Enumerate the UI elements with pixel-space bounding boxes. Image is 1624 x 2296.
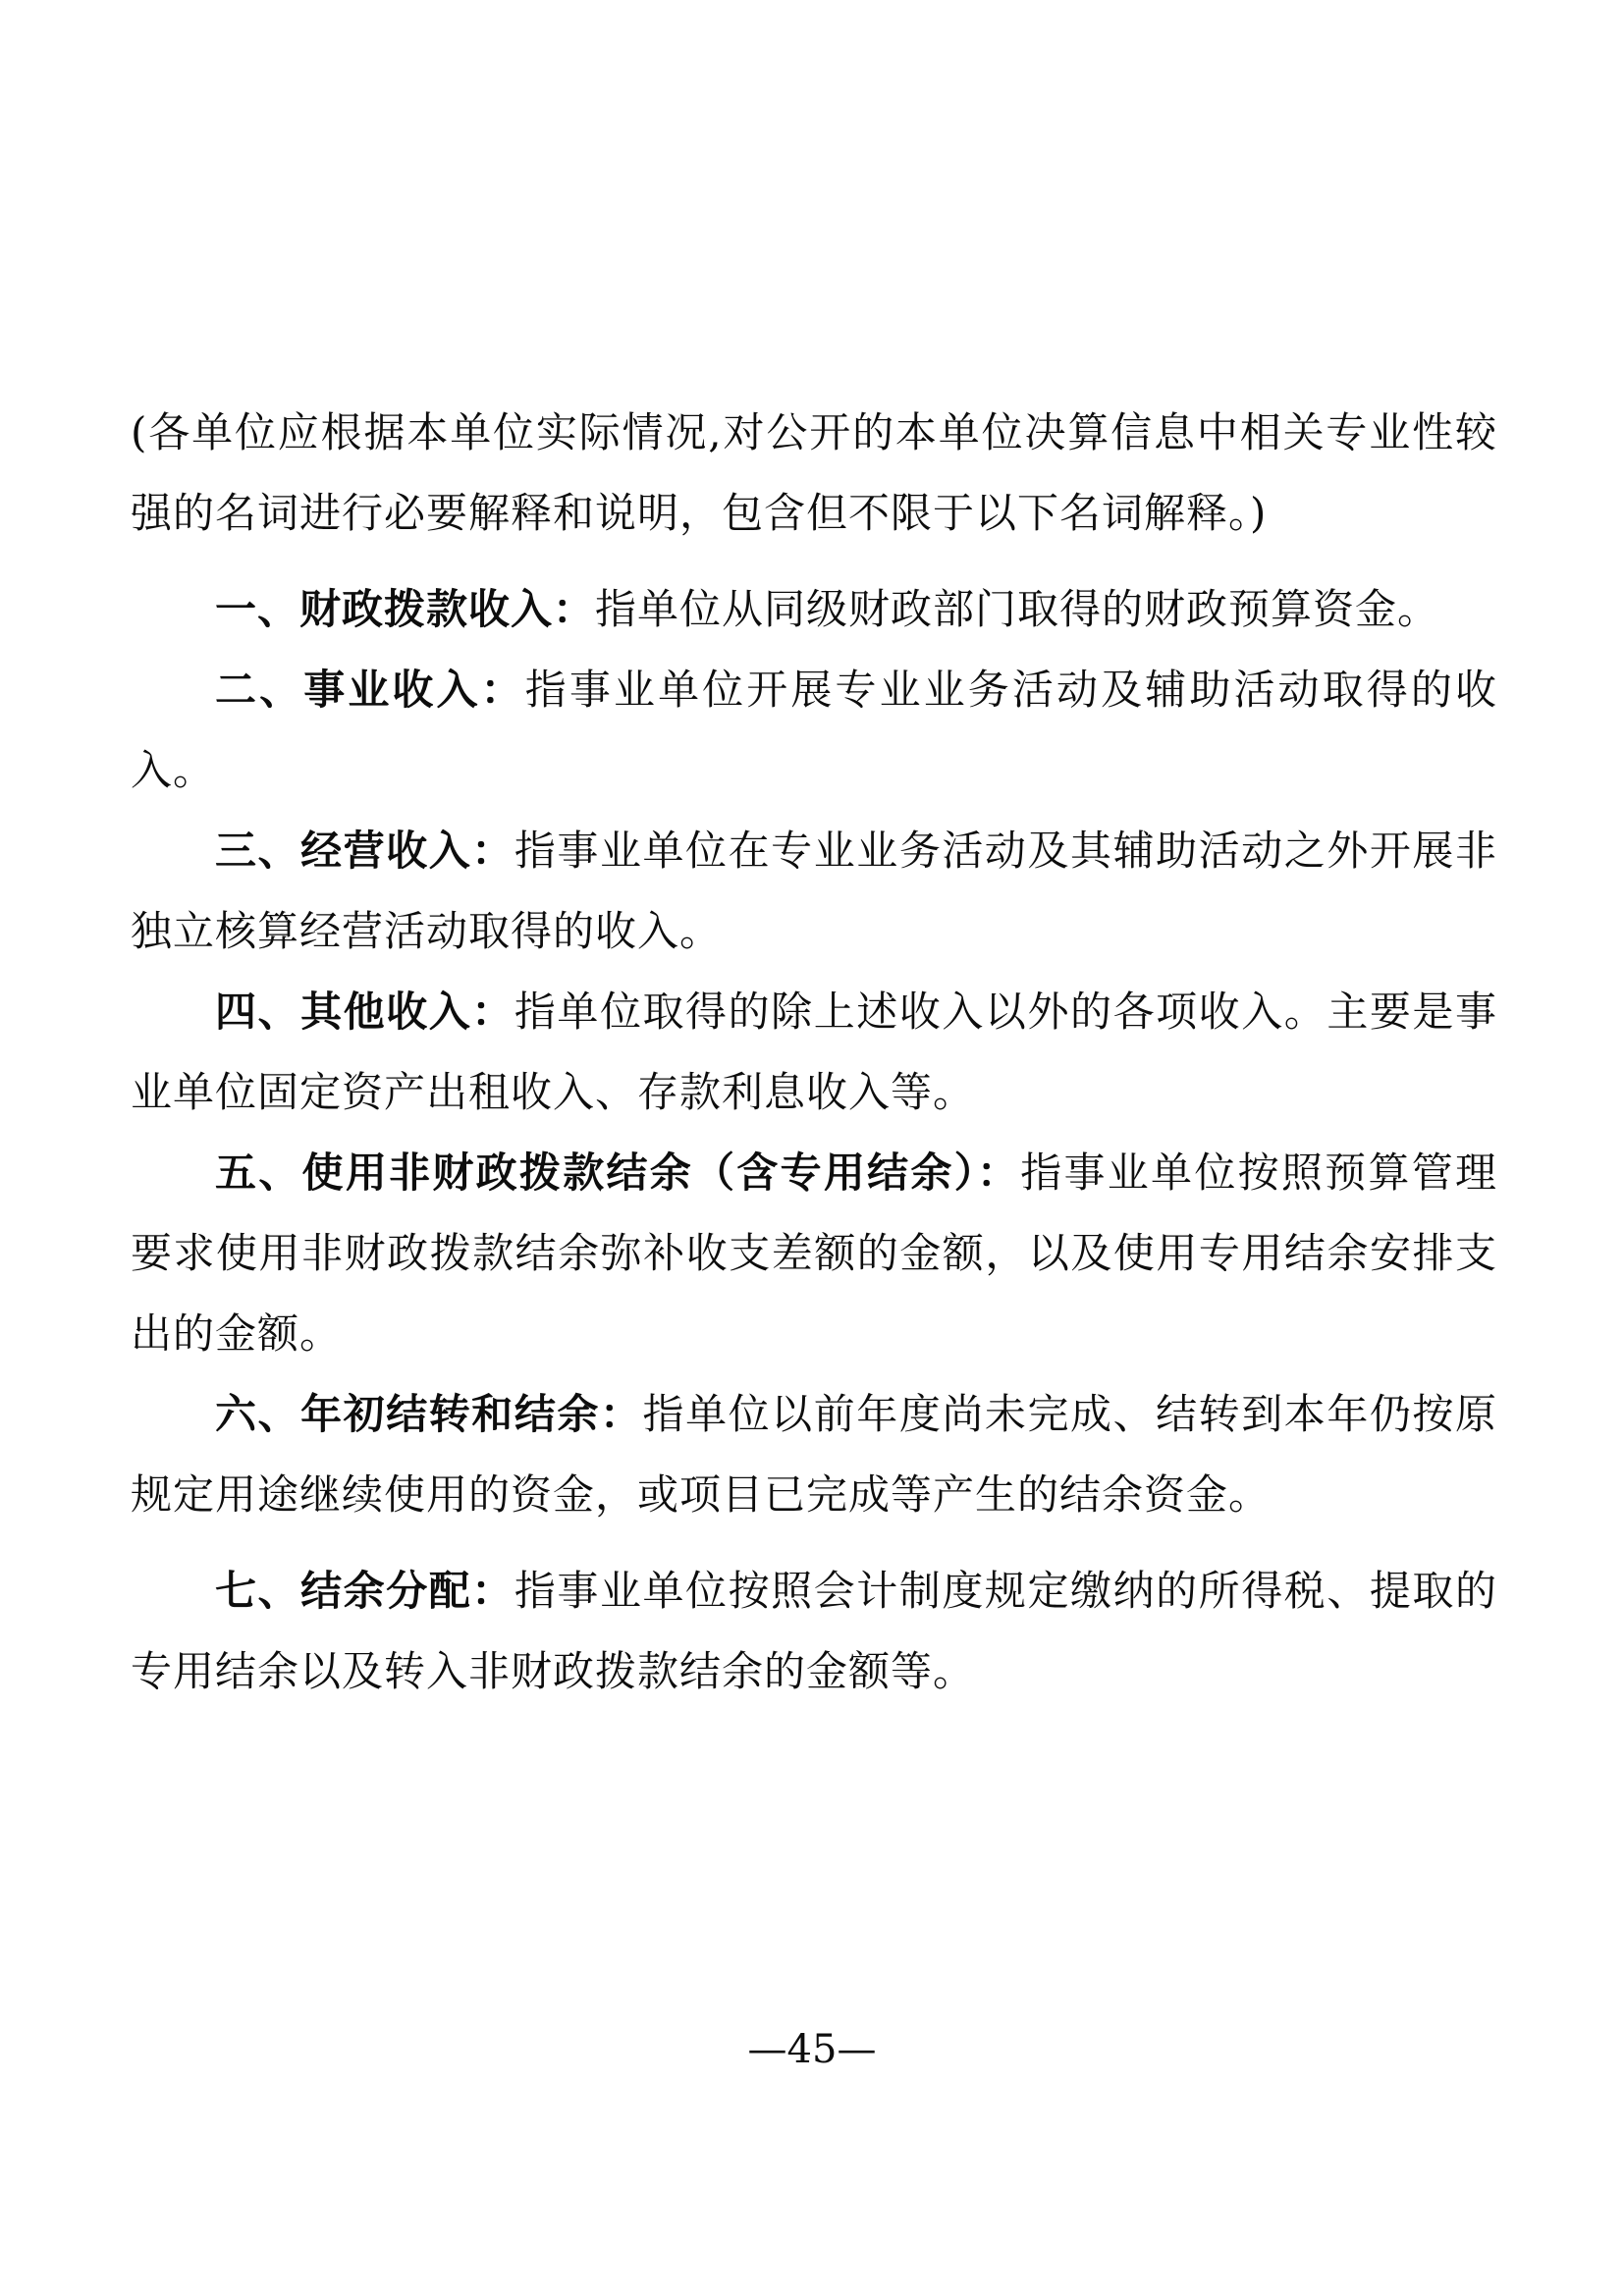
page-number: —45— [0, 2026, 1624, 2073]
term-7-title: 七、结余分配： [215, 1567, 514, 1615]
intro-text: (各单位应根据本单位实际情况,对公开的本单位决算信息中相关专业性较强的名词进行必… [131, 408, 1497, 537]
term-item-3: 三、经营收入：指事业单位在专业业务活动及其辅助活动之外开展非独立核算经营活动取得… [131, 811, 1497, 972]
document-body: (各单位应根据本单位实际情况,对公开的本单位决算信息中相关专业性较强的名词进行必… [131, 393, 1497, 1712]
term-5-title: 五、使用非财政拨款结余（含专用结余）： [215, 1148, 1020, 1197]
term-6-title: 六、年初结转和结余： [215, 1390, 643, 1438]
term-1-title: 一、财政拨款收入： [215, 585, 595, 633]
term-2-title: 二、事业收入： [215, 666, 525, 714]
term-item-2: 二、事业收入：指事业单位开展专业业务活动及辅助活动取得的收入。 [131, 650, 1497, 811]
document-page: (各单位应根据本单位实际情况,对公开的本单位决算信息中相关专业性较强的名词进行必… [0, 0, 1624, 2296]
term-4-title: 四、其他收入： [215, 988, 514, 1036]
intro-paragraph: (各单位应根据本单位实际情况,对公开的本单位决算信息中相关专业性较强的名词进行必… [131, 393, 1497, 554]
term-item-4: 四、其他收入：指单位取得的除上述收入以外的各项收入。主要是事业单位固定资产出租收… [131, 972, 1497, 1133]
term-item-6: 六、年初结转和结余：指单位以前年度尚未完成、结转到本年仍按原规定用途继续使用的资… [131, 1374, 1497, 1535]
term-item-5: 五、使用非财政拨款结余（含专用结余）：指事业单位按照预算管理要求使用非财政拨款结… [131, 1133, 1497, 1374]
term-item-1: 一、财政拨款收入：指单位从同级财政部门取得的财政预算资金。 [131, 569, 1497, 650]
term-1-definition: 指单位从同级财政部门取得的财政预算资金。 [595, 585, 1439, 633]
term-3-title: 三、经营收入： [215, 827, 514, 875]
term-item-7: 七、结余分配：指事业单位按照会计制度规定缴纳的所得税、提取的专用结余以及转入非财… [131, 1551, 1497, 1712]
